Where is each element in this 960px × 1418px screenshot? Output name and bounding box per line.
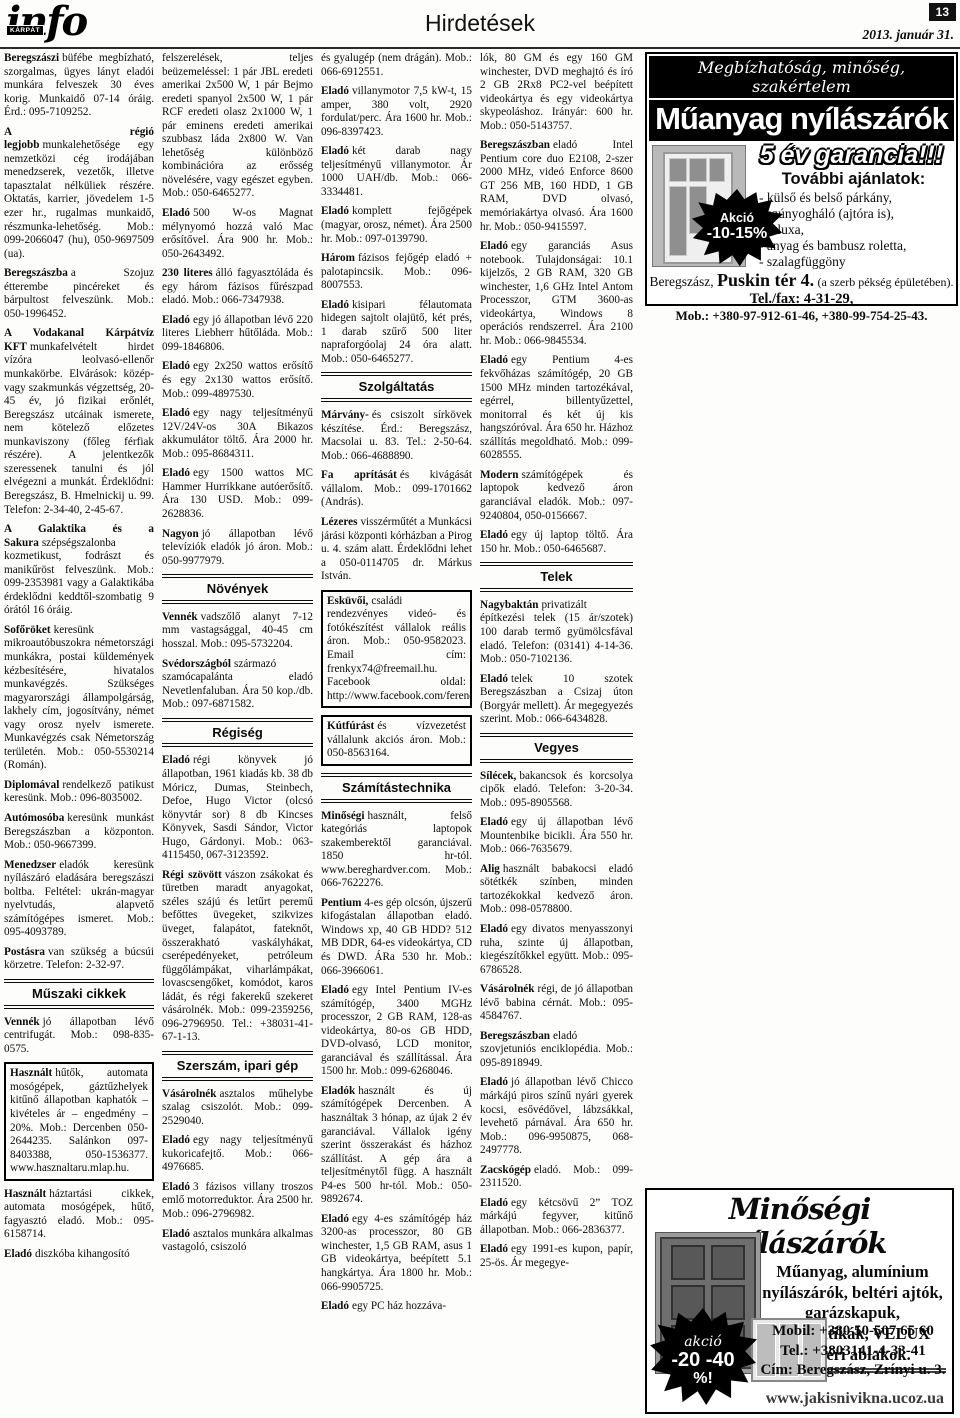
classified-ad: Eladóegy garanciás Asus notebook. Tulajd…	[480, 240, 633, 348]
classified-ad: Beregszászbaneladó szovjetuniós enciklop…	[480, 1030, 633, 1071]
ad-lead: Beregszászi	[4, 52, 62, 64]
section-title: Régiség	[212, 725, 263, 740]
section-title: Szolgáltatás	[359, 379, 435, 394]
classified-ad: Diplomávalrendelkező patikust keresünk. …	[4, 779, 154, 806]
classified-ad: Eladóegy Pentium 4-es fekvőházas számító…	[480, 354, 633, 462]
section-header: Szerszám, ipari gép	[162, 1051, 313, 1081]
ad-text: eladó Intel Pentium core duo E2108, 2-sz…	[480, 139, 633, 232]
ad-lead: Eladó	[480, 816, 511, 828]
advert-offer-list: - külső és belső párkány,- szúnyogháló (…	[759, 190, 952, 270]
page-title: Hirdetések	[0, 10, 960, 37]
ad-lead: Eladó	[162, 1134, 193, 1146]
classified-ad: Nagyonjó állapotban lévő televíziók elad…	[162, 528, 313, 569]
ad-lead: Svédországból	[162, 658, 234, 670]
classified-ad: Sílécek,bakancsok és korcsolya cipők ela…	[480, 770, 633, 811]
ad-lead: Beregszászban	[480, 1030, 553, 1042]
classified-ad: A Vodakanal Kárpátvíz KFTmunkafelvételt …	[4, 327, 154, 517]
classified-ad: Eladó3 fázisos villany troszos emlő moto…	[162, 1181, 313, 1222]
ad-lead: Eladó	[321, 85, 352, 97]
section-header: Telek	[480, 562, 633, 592]
ad-lead: Eladó	[480, 1076, 511, 1088]
advert-telfax-value: Tel./fax: 4-31-29,	[750, 291, 854, 307]
ad-lead: Autómosóba	[4, 812, 67, 824]
classified-ad: Eladóegy új állapotban lévő Mountenbike …	[480, 816, 633, 857]
advert-tagline: Megbízhatóság, minőség, szakértelem	[649, 56, 954, 98]
classified-column-4: lók, 80 GM és egy 160 GM winchester, DVD…	[480, 52, 633, 1414]
classified-ad: Eladóegy 1500 wattos MC Hammer Hurrikkan…	[162, 467, 313, 521]
classified-ad: Eladóegy kétcsövű 2” TOZ márkájú fegyver…	[480, 1197, 633, 1238]
classified-ad: Beregszászbaa Szojuz étterembe pincéreke…	[4, 267, 154, 321]
classified-ad: Eladókomplett fejőgépek (magyar, orosz, …	[321, 205, 472, 246]
ad-lead: Vennék	[162, 611, 201, 623]
ad-lead: Eladó	[480, 354, 511, 366]
ad-lead: Használt	[4, 1188, 49, 1200]
ad-lead: Sofőröket	[4, 624, 54, 636]
classified-ad: Vásárolnékasztalos műhelybe szalag csisz…	[162, 1088, 313, 1129]
ad-lead: Eladó	[162, 1181, 193, 1193]
classified-ad: Vásárolnékrégi, de jó állapotban lévő ba…	[480, 983, 633, 1024]
ad-lead: Használt	[10, 1067, 55, 1079]
classified-ad: Eladó500 W-os Magnat mélynyomó hozzá val…	[162, 207, 313, 261]
ad-lead: Eladók	[321, 1085, 358, 1097]
page-header: info KÁRPÁT Hirdetések 13 2013. január 3…	[0, 0, 960, 49]
ad-text: használt és új számítógépek Dercenben. A…	[321, 1085, 472, 1205]
classified-ad: Kútfúrástés vízvezetést vállalunk akciós…	[321, 715, 472, 766]
ad-lead: Fa aprítását	[321, 469, 400, 481]
classified-ad: Eladóegy 2x250 wattos erősítő és egy 2x1…	[162, 360, 313, 401]
advert-mobile: Mob.: +380-97-912-61-46, +380-99-754-25-…	[647, 308, 956, 324]
ad-lead: Eladó	[162, 207, 193, 219]
newspaper-page: info KÁRPÁT Hirdetések 13 2013. január 3…	[0, 0, 960, 1418]
section-title: Szerszám, ipari gép	[177, 1058, 298, 1073]
page-number: 13	[929, 3, 956, 21]
classified-ad: Zacskógépeladó. Mob.: 099-2311520.	[480, 1164, 633, 1191]
advert2-tel: Tel.: +3803141-4-33-41	[759, 1342, 947, 1362]
section-title: Telek	[540, 569, 572, 584]
ad-text: vászon zsákokat és türetben maradt anyag…	[162, 869, 313, 1044]
ad-lead: Modern	[480, 469, 522, 481]
classified-ad: Eladórégi könyvek jó állapotban, 1961 ki…	[162, 754, 313, 862]
classified-ad: Eladótelek 10 szotek Beregszászban a Csi…	[480, 673, 633, 727]
ad-lead: Eladó	[480, 673, 511, 685]
classified-ad: Eladóegy nagy teljesítményű 12V/24V-os 3…	[162, 407, 313, 461]
ad-text: családi rendezvényes videó- és fotókészí…	[327, 595, 472, 702]
classified-ad: Eladóvillanymotor 7,5 kW-t, 15 amper, 38…	[321, 85, 472, 139]
advert-address-note: (a szerb pékség épületében).	[818, 275, 954, 289]
classified-ad: Eladódiszkóba kihangosító	[4, 1248, 154, 1262]
classified-ad: felszerelések, teljes beüzemeléssel: 1 p…	[162, 52, 313, 201]
section-title: Számítástechnika	[342, 780, 451, 795]
ad-lead: 230 literes	[162, 267, 216, 279]
classified-column-2: felszerelések, teljes beüzemeléssel: 1 p…	[162, 52, 313, 1414]
ad-lead: Eladó	[480, 923, 511, 935]
ad-lead: Eladó	[480, 529, 511, 541]
section-header: Számítástechnika	[321, 773, 472, 803]
discount-badge-value: -10-15%	[691, 225, 783, 243]
classified-ad: Eladókhasznált és új számítógépek Dercen…	[321, 1085, 472, 1207]
ad-text: egy Intel Pentium IV-es számítógép, 3400…	[321, 984, 472, 1077]
ad-text: régi könyvek jó állapotban, 1961 kiadás …	[162, 754, 313, 861]
classified-ad: Postásravan szükség a búcsúi körzetre. T…	[4, 946, 154, 973]
section-header: Vegyes	[480, 733, 633, 763]
ad-text: keresünk mikroautóbuszokra németországi …	[4, 624, 154, 771]
classified-ad: Svédországbólszármazó szamócapalánta ela…	[162, 658, 313, 712]
ad-text: jó állapotban lévő Chicco márkájú piros …	[480, 1076, 633, 1156]
classified-ad: Eladókisipari félautomata hidegen sajtol…	[321, 299, 472, 367]
ad-lead: Kútfúrást	[327, 720, 377, 732]
section-title: Vegyes	[534, 740, 579, 755]
ad-lead: Eladó	[162, 360, 193, 372]
classified-ad: Vennékvadszőlő alanyt 7-12 mm vastagságg…	[162, 611, 313, 652]
classified-ad: Eladóegy PC ház hozzáva-	[321, 1300, 472, 1314]
classified-ad: Pentium4-es gép olcsón, újszerű kifogást…	[321, 897, 472, 978]
ad-lead: Lézeres	[321, 516, 360, 528]
ad-text: munkalehetősége egy nemzetközi cég irodá…	[4, 139, 154, 259]
classified-ad: Fa aprításátés kivágását vállalom. Mob.:…	[321, 469, 472, 510]
ad-lead: Eladó	[162, 467, 193, 479]
ad-text: és gyalugép (nem drágán). Mob.: 066-6912…	[321, 52, 472, 78]
ad-lead: Eladó	[480, 240, 511, 252]
ad-lead: Eladó	[321, 1300, 352, 1312]
ad-lead: Minőségi	[321, 810, 368, 822]
classified-ad: Eladóegy 1991-es kupon, papír, 25-ös. Ár…	[480, 1243, 633, 1270]
ad-lead: Eladó	[321, 1213, 352, 1225]
ad-lead: Vásárolnék	[162, 1088, 220, 1100]
classified-ad: 230 literesálló fagyasztóláda és egy hár…	[162, 267, 313, 308]
classified-ad: Háromfázisos fejőgép eladó + palotapincs…	[321, 252, 472, 293]
section-title: Műszaki cikkek	[32, 986, 126, 1001]
classified-ad: Használthűtők, automata mosógépek, gáztű…	[4, 1062, 154, 1180]
classified-ad: A régió legjobbmunkalehetősége egy nemze…	[4, 126, 154, 261]
classified-ad: Eladójó állapotban lévő Chicco márkájú p…	[480, 1076, 633, 1157]
ad-lead: Vásárolnék	[480, 983, 538, 995]
ad-lead: Eladó	[321, 984, 352, 996]
classified-ad: Használtháztartási cikkek, automata mosó…	[4, 1188, 154, 1242]
ad-text: egy garanciás Asus notebook. Tulajdonság…	[480, 240, 633, 347]
classified-ad: Régi szövöttvászon zsákokat és türetben …	[162, 869, 313, 1045]
advert-address-city: Beregszász,	[650, 274, 714, 289]
ad-lead: Márvány-	[321, 409, 372, 421]
classified-ad: Autómosóbakeresünk munkást Beregszászban…	[4, 812, 154, 853]
advert-offer-item: - reluxa,	[759, 222, 952, 238]
classified-ad: Lézeresvisszérműtét a Munkácsi járási kö…	[321, 516, 472, 584]
ad-text: egy PC ház hozzáva-	[352, 1300, 446, 1312]
ad-lead: Eladó	[321, 299, 352, 311]
advert-offer-item: - anyag és bambusz roletta,	[759, 238, 952, 254]
classified-ad: Minőségihasznált, felső kategóriás lapto…	[321, 810, 472, 891]
section-header: Szolgáltatás	[321, 372, 472, 402]
ad-lead: Beregszászba	[4, 267, 71, 279]
ad-text: használt babakocsi eladó sötétkék színbe…	[480, 863, 633, 916]
ad-lead: Menedzser	[4, 859, 59, 871]
ad-lead: Eladó	[162, 314, 193, 326]
discount2-value: -20 -40	[649, 1350, 757, 1370]
advert-address-street: Puskin tér 4.	[717, 270, 814, 290]
advert2-address: Cím: Beregszász, Zrínyi u. 3.	[759, 1361, 947, 1381]
ad-lead: Alig	[480, 863, 503, 875]
advert2-mobile: Mobil: +380 50-507 65 60	[759, 1322, 947, 1342]
ad-lead: Nagyon	[162, 528, 202, 540]
ad-text: lók, 80 GM és egy 160 GM winchester, DVD…	[480, 52, 633, 132]
ad-lead: Postásra	[4, 946, 48, 958]
ad-text: diszkóba kihangosító	[35, 1248, 130, 1260]
classified-ad: Eladóegy Intel Pentium IV-es számítógép,…	[321, 984, 472, 1079]
classified-ad: Márvány-és csiszolt sírkövek készítése. …	[321, 409, 472, 463]
ad-lead: Eladó	[162, 754, 193, 766]
ad-lead: Pentium	[321, 897, 364, 909]
classified-ad: Vennékjó állapotban lévő centrifugát. Mo…	[4, 1016, 154, 1057]
right-region: Megbízhatóság, minőség, szakértelem Műan…	[645, 52, 958, 1414]
advert-offer-item: - külső és belső párkány,	[759, 190, 952, 206]
ad-lead: Eladó	[480, 1197, 511, 1209]
section-header: Régiség	[162, 718, 313, 748]
classified-ad: Menedzsereladók keresünk nyílászáró elad…	[4, 859, 154, 940]
ad-lead: Eladó	[321, 205, 352, 217]
section-title: Növények	[207, 581, 268, 596]
classified-ad: lók, 80 GM és egy 160 GM winchester, DVD…	[480, 52, 633, 133]
classified-ad: Eladóegy 4-es számítógép ház 3200-as pro…	[321, 1213, 472, 1294]
advert-title: Műanyag nyílászárók	[649, 100, 954, 141]
ad-lead: Három	[321, 252, 358, 264]
ad-lead: Eladó	[4, 1248, 35, 1260]
classified-ad: Eladóegy új laptop töltő. Ára 150 hr. Mo…	[480, 529, 633, 556]
classified-ad: Alighasznált babakocsi eladó sötétkék sz…	[480, 863, 633, 917]
ad-lead: Esküvői,	[327, 595, 371, 607]
ad-lead: Vennék	[4, 1016, 43, 1028]
discount2-pct: %!	[649, 1370, 757, 1388]
ad-text: hűtők, automata mosógépek, gáztűzhelyek …	[10, 1067, 148, 1174]
classified-ad: Modernszámítógépek és laptopok kedvező á…	[480, 469, 633, 523]
classified-column-1: Beregszászibüfébe megbízható, szorgalmas…	[4, 52, 154, 1414]
classified-ad: Eladóegy jó állapotban lévő 220 literes …	[162, 314, 313, 355]
advert-offer-item: - szalagfüggöny	[759, 254, 952, 270]
ad-text: felszerelések, teljes beüzemeléssel: 1 p…	[162, 52, 313, 199]
classified-ad: Eladókét darab nagy teljesítményű villan…	[321, 145, 472, 199]
ad-lead: Eladó	[162, 407, 193, 419]
section-header: Növények	[162, 574, 313, 604]
advert-middle: 5 év garancia!!! További ajánlatok: - kü…	[647, 141, 956, 269]
classified-ad: Eladóasztalos munkára alkalmas vastagoló…	[162, 1228, 313, 1255]
classified-ad: Sofőröketkeresünk mikroautóbuszokra néme…	[4, 624, 154, 773]
classified-column-3: és gyalugép (nem drágán). Mob.: 066-6912…	[321, 52, 472, 1414]
advert2-website: www.jakisnivikna.ucoz.ua	[766, 1390, 944, 1408]
ad-lead: Diplomával	[4, 779, 62, 791]
classified-ad: és gyalugép (nem drágán). Mob.: 066-6912…	[321, 52, 472, 79]
advert-offer-item: - szúnyogháló (ajtóra is),	[759, 206, 952, 222]
classified-ad: Eladóegy divatos menyasszonyi ruha, szin…	[480, 923, 633, 977]
classified-ad: Nagybaktánprivatizált építkezési telek (…	[480, 599, 633, 667]
classified-ad: Esküvői,családi rendezvényes videó- és f…	[321, 590, 472, 708]
ad-lead: Nagybaktán	[480, 599, 541, 611]
ad-text: egy Pentium 4-es fekvőházas számítógép, …	[480, 354, 633, 461]
issue-date: 2013. január 31.	[862, 27, 954, 43]
advert-telfax: Tel./fax: 4-31-29,	[647, 291, 956, 308]
window-door-advert: Megbízhatóság, minőség, szakértelem Műan…	[645, 52, 958, 306]
advert-guarantee: 5 év garancia!!!	[747, 141, 956, 170]
ad-lead: Eladó	[162, 1228, 193, 1240]
classified-ad: A Galaktika és a Sakuraszépségszalonba k…	[4, 523, 154, 618]
classified-ad: Beregszászibüfébe megbízható, szorgalmas…	[4, 52, 154, 120]
classified-ad: Beregszászbaneladó Intel Pentium core du…	[480, 139, 633, 234]
classified-ad: Eladóegy nagy teljesítményű kukoricafejt…	[162, 1134, 313, 1175]
ad-lead: Eladó	[321, 145, 352, 157]
advert2-contacts: Mobil: +380 50-507 65 60 Tel.: +3803141-…	[759, 1322, 947, 1381]
ad-lead: Beregszászban	[480, 139, 553, 151]
ad-lead: Régi szövött	[162, 869, 225, 881]
ad-text: munkafelvételt hirdet vízóra leolvasó-el…	[4, 341, 154, 516]
ad-lead: Sílécek,	[480, 770, 519, 782]
section-header: Műszaki cikkek	[4, 979, 154, 1009]
quality-windows-advert: Minőségi nyílászárók Műanyag, alumínium …	[645, 1188, 954, 1414]
ad-lead: Eladó	[480, 1243, 511, 1255]
advert-address: Beregszász, Puskin tér 4. (a szerb péksé…	[647, 270, 956, 291]
discount-badge-word: Akció	[691, 211, 783, 225]
ad-lead: Zacskógép	[480, 1164, 534, 1176]
advert-offers-title: További ajánlatok:	[751, 170, 956, 189]
